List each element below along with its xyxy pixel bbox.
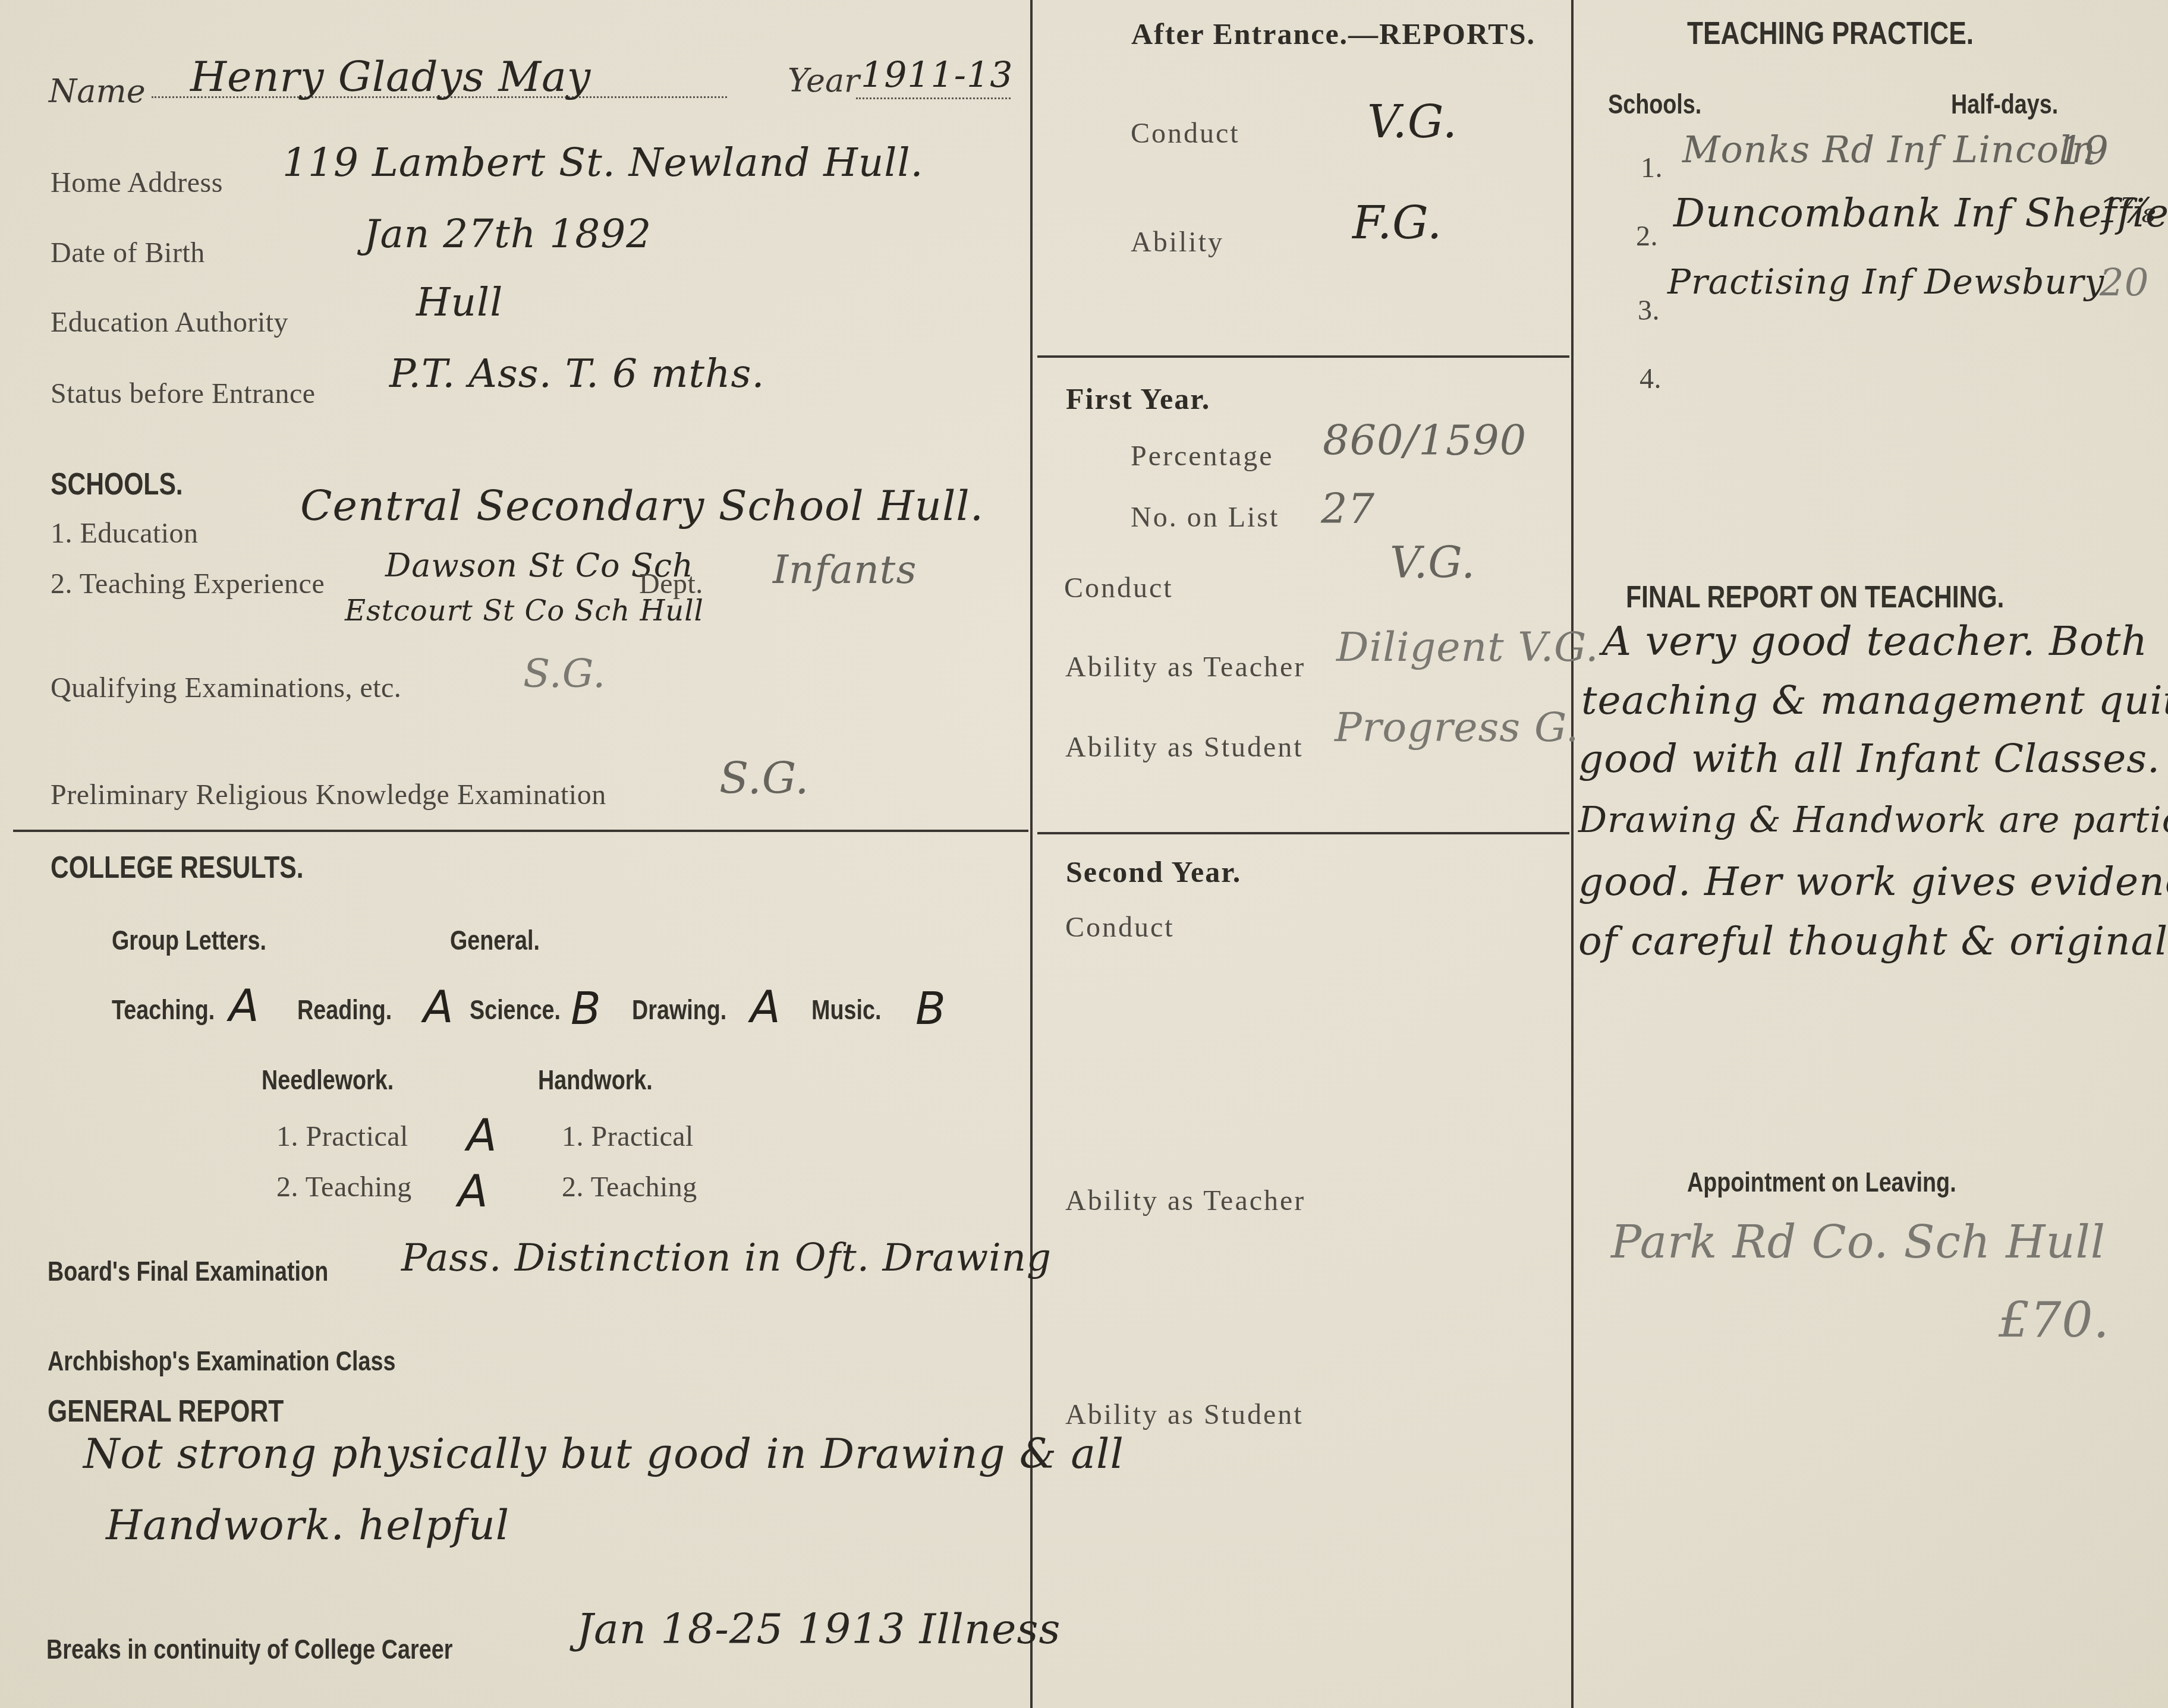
boards-final-examination-value: Pass. Distinction in Oft. Drawing [401,1236,1052,1280]
teaching-experience-label: 2. Teaching Experience [51,568,325,600]
date-of-birth-label: Date of Birth [51,237,205,269]
final-report-line-5: good. Her work gives evidence [1578,859,2168,905]
second-year-teacher-label: Ability as Teacher [1065,1184,1305,1217]
middle-rule-1 [1037,355,1569,358]
reports-heading: After Entrance.—REPORTS. [1131,17,1535,51]
student-record-card: Name Henry Gladys May Year 1911-13 Home … [0,0,2168,1708]
subject-drawing-grade: A [750,982,781,1033]
general-report-label: GENERAL REPORT [48,1394,284,1429]
needlework-practical-label: 1. Practical [276,1120,408,1153]
final-report-line-3: good with all Infant Classes. [1578,736,2160,781]
entrance-conduct-value: V.G. [1367,95,1458,148]
boards-final-examination-label: Board's Final Examination [48,1255,328,1287]
first-year-percentage-label: Percentage [1131,440,1274,472]
year-value: 1911-13 [861,55,1013,96]
first-year-list-label: No. on List [1131,501,1279,534]
education-label: 1. Education [51,517,199,550]
year-underline [856,97,1011,99]
tp-row-3-halfdays: 20 [2100,261,2149,305]
final-report-line-1: A very good teacher. Both [1602,618,2148,665]
needlework-label: Needlework. [262,1064,394,1096]
subject-science-label: Science. [470,994,561,1026]
student-name: Henry Gladys May [190,52,591,101]
teaching-practice-heading: TEACHING PRACTICE. [1687,15,1974,52]
middle-rule-2 [1037,832,1569,834]
tp-row-4-num: 4. [1640,363,1662,395]
status-before-entrance-label: Status before Entrance [51,377,315,410]
subject-music-grade: B [915,984,946,1035]
home-address-value: 119 Lambert St. Newland Hull. [282,140,924,185]
handwork-label: Handwork. [538,1064,653,1096]
tp-row-2-num: 2. [1636,220,1658,253]
qualifying-examinations-value: S.G. [523,651,606,697]
date-of-birth-value: Jan 27th 1892 [364,211,652,257]
tp-row-1-school: Monks Rd Inf Lincoln [1682,128,2096,171]
subject-drawing-label: Drawing. [632,994,726,1026]
appointment-value: Park Rd Co. Sch Hull [1611,1215,2106,1268]
first-year-student-label: Ability as Student [1065,731,1304,764]
first-year-teacher-value: Diligent V.G. [1336,624,1599,671]
first-year-percentage-value: 860/1590 [1323,416,1527,465]
tp-row-2-halfdays: 1⁷⁄₈ [2098,190,2156,231]
first-year-teacher-label: Ability as Teacher [1065,651,1305,683]
second-year-student-label: Ability as Student [1065,1398,1304,1431]
final-report-line-2: teaching & management quite [1581,677,2168,723]
name-label: Name [49,73,146,110]
appointment-salary: £70. [1999,1293,2110,1349]
education-authority-value: Hull [416,279,503,325]
tp-halfdays-label: Half-days. [1951,88,2058,120]
entrance-conduct-label: Conduct [1131,117,1240,150]
religious-knowledge-label: Preliminary Religious Knowledge Examinat… [51,779,606,811]
left-section-rule [13,830,1028,832]
general-report-line-2: Handwork. helpful [106,1501,509,1549]
education-authority-label: Education Authority [51,306,288,339]
needlework-practical-grade: A [467,1110,497,1161]
group-letters-label: Group Letters. [112,924,266,956]
breaks-in-continuity-value: Jan 18-25 1913 Illness [577,1605,1061,1653]
year-label: Year [788,62,860,99]
needlework-teaching-grade: A [458,1166,488,1217]
first-year-heading: First Year. [1066,382,1210,416]
subject-music-label: Music. [811,994,881,1026]
education-value: Central Secondary School Hull. [300,481,984,530]
general-label: General. [450,924,540,956]
tp-row-3-school: Practising Inf Dewsbury [1667,261,2104,302]
first-year-student-value: Progress G. [1335,704,1579,751]
subject-reading-label: Reading. [297,994,392,1026]
column-divider-right [1571,0,1574,1708]
schools-heading: SCHOOLS. [51,467,183,502]
religious-knowledge-value: S.G. [719,754,809,803]
home-address-label: Home Address [51,166,223,199]
subject-teaching-grade: A [229,981,259,1032]
second-year-conduct-label: Conduct [1065,911,1175,944]
tp-row-2-school: Duncombank Inf Sheffield [1673,190,2168,236]
subject-teaching-label: Teaching. [112,994,215,1026]
handwork-practical-label: 1. Practical [562,1120,694,1153]
tp-row-1-num: 1. [1641,152,1663,184]
status-before-entrance-value: P.T. Ass. T. 6 mths. [389,351,764,396]
first-year-conduct-label: Conduct [1064,572,1173,604]
archbishops-examination-label: Archbishop's Examination Class [48,1345,395,1377]
college-results-heading: COLLEGE RESULTS. [51,850,304,885]
tp-row-1-halfdays: 19 [2058,128,2109,174]
qualifying-examinations-label: Qualifying Examinations, etc. [51,672,401,704]
dept-label: Dept. [639,568,703,600]
final-report-heading: FINAL REPORT ON TEACHING. [1626,579,2004,615]
tp-schools-label: Schools. [1608,88,1701,120]
second-year-heading: Second Year. [1066,855,1241,889]
handwork-teaching-label: 2. Teaching [562,1171,697,1203]
appointment-heading: Appointment on Leaving. [1687,1166,1956,1198]
dept-value: Infants [773,547,917,593]
final-report-line-4: Drawing & Handwork are particularly [1578,799,2168,841]
general-report-line-1: Not strong physically but good in Drawin… [83,1429,1124,1478]
entrance-ability-label: Ability [1131,226,1224,259]
entrance-ability-value: F.G. [1352,196,1442,249]
final-report-line-6: of careful thought & originality. [1578,918,2168,964]
subject-science-grade: B [571,984,601,1035]
tp-row-3-num: 3. [1638,294,1660,327]
first-year-list-value: 27 [1321,484,1375,533]
needlework-teaching-label: 2. Teaching [276,1171,412,1203]
first-year-conduct-value: V.G. [1390,538,1475,588]
breaks-in-continuity-label: Breaks in continuity of College Career [46,1633,452,1665]
subject-reading-grade: A [423,982,454,1033]
